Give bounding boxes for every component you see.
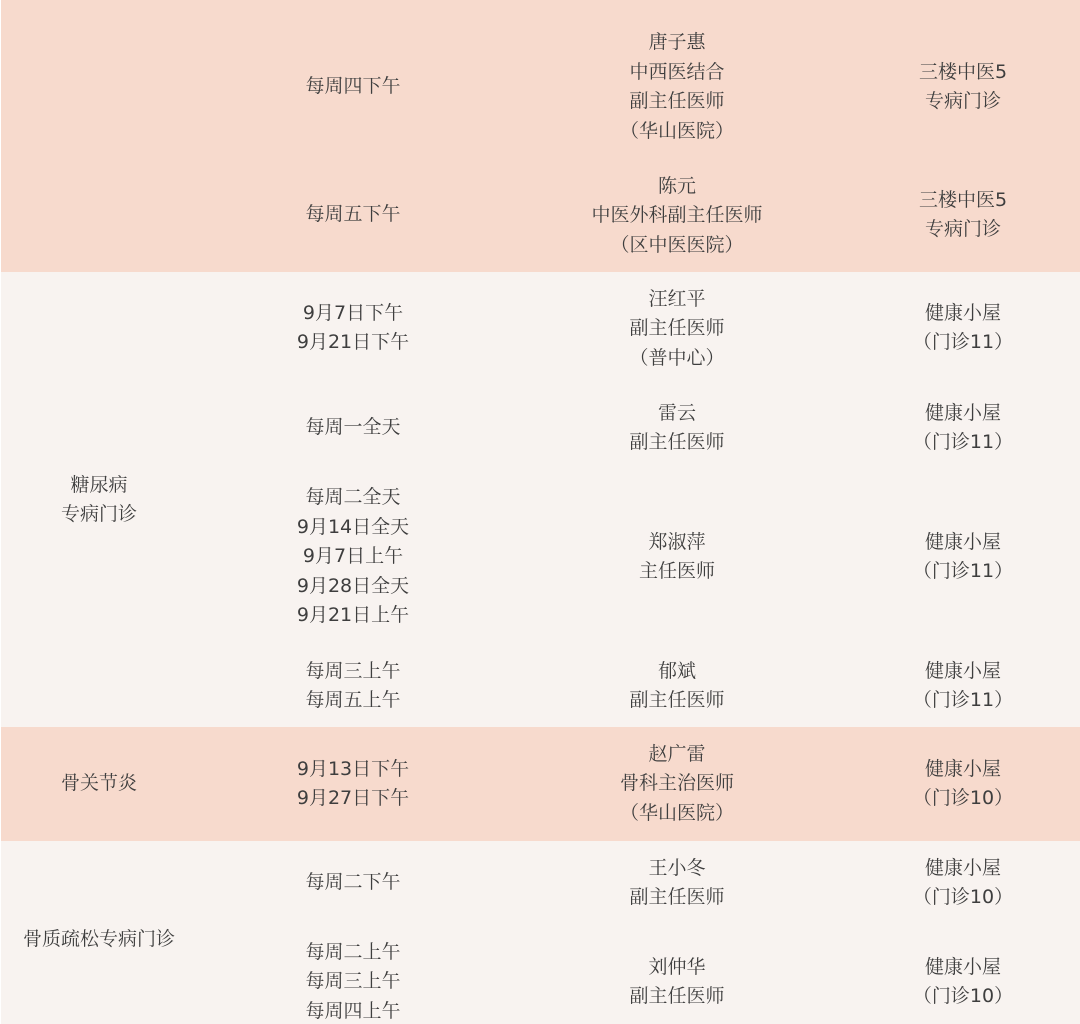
- location-cell: 三楼中医5 专病门诊: [863, 57, 1063, 117]
- doctor-name: 赵广雷: [648, 740, 705, 770]
- location-cell: 健康小屋 （门诊11）: [863, 298, 1063, 358]
- doctor-name: 刘仲华: [648, 953, 705, 983]
- doctor-cell: 郑淑萍 主任医师: [561, 527, 793, 587]
- doctor-cell: 郁斌 副主任医师: [561, 656, 793, 716]
- doctor-name: 郁斌: [658, 657, 696, 687]
- time-cell: 每周二上午 每周三上午 每周四上午: [253, 937, 453, 1024]
- time-cell: 每周二全天 9月14日全天 9月7日上午 9月28日全天 9月21日上午: [253, 482, 453, 632]
- table-group-tcm: 每周四下午 唐子惠 中西医结合 副主任医师 （华山医院） 三楼中医5 专病门诊 …: [1, 0, 1080, 272]
- doctor-name: 汪红平: [648, 285, 705, 315]
- location-cell: 健康小屋 （门诊10）: [863, 853, 1063, 913]
- time-cell: 9月13日下午 9月27日下午: [253, 754, 453, 814]
- location-cell: 健康小屋 （门诊10）: [863, 754, 1063, 814]
- table-group-osteoporosis: 骨质疏松专病门诊 每周二下午 王小冬 副主任医师 健康小屋 （门诊10） 每周二…: [1, 841, 1080, 1024]
- doctor-cell: 陈元 中医外科副主任医师 （区中医医院）: [561, 171, 793, 261]
- doctor-cell: 唐子惠 中西医结合 副主任医师 （华山医院）: [561, 27, 793, 147]
- doctor-name: 王小冬: [648, 854, 705, 884]
- time-cell: 每周一全天: [253, 398, 453, 458]
- doctor-cell: 汪红平 副主任医师 （普中心）: [561, 284, 793, 374]
- doctor-cell: 赵广雷 骨科主治医师 （华山医院）: [561, 739, 793, 829]
- doctor-cell: 雷云 副主任医师: [561, 398, 793, 458]
- location-cell: 三楼中医5 专病门诊: [863, 185, 1063, 245]
- table-group-osteoarthritis: 骨关节炎 9月13日下午 9月27日下午 赵广雷 骨科主治医师 （华山医院） 健…: [1, 727, 1080, 841]
- doctor-cell: 刘仲华 副主任医师: [561, 952, 793, 1012]
- table-group-diabetes: 糖尿病 专病门诊 9月7日下午 9月21日下午 汪红平 副主任医师 （普中心） …: [1, 272, 1080, 727]
- doctor-name: 郑淑萍: [648, 528, 705, 558]
- location-cell: 健康小屋 （门诊11）: [863, 527, 1063, 587]
- doctor-name: 唐子惠: [648, 28, 705, 58]
- time-cell: 每周四下午: [253, 57, 453, 117]
- time-cell: 9月7日下午 9月21日下午: [253, 298, 453, 358]
- time-cell: 每周三上午 每周五上午: [253, 656, 453, 716]
- time-cell: 每周二下午: [253, 868, 453, 898]
- category-cell: 骨质疏松专病门诊: [1, 925, 197, 955]
- location-cell: 健康小屋 （门诊10）: [863, 952, 1063, 1012]
- category-cell: 糖尿病 专病门诊: [1, 470, 197, 530]
- doctor-name: 陈元: [658, 172, 696, 202]
- doctor-cell: 王小冬 副主任医师: [561, 853, 793, 913]
- location-cell: 健康小屋 （门诊11）: [863, 398, 1063, 458]
- category-cell: 骨关节炎: [1, 769, 197, 799]
- time-cell: 每周五下午: [253, 185, 453, 245]
- doctor-name: 雷云: [658, 399, 696, 429]
- location-cell: 健康小屋 （门诊11）: [863, 656, 1063, 716]
